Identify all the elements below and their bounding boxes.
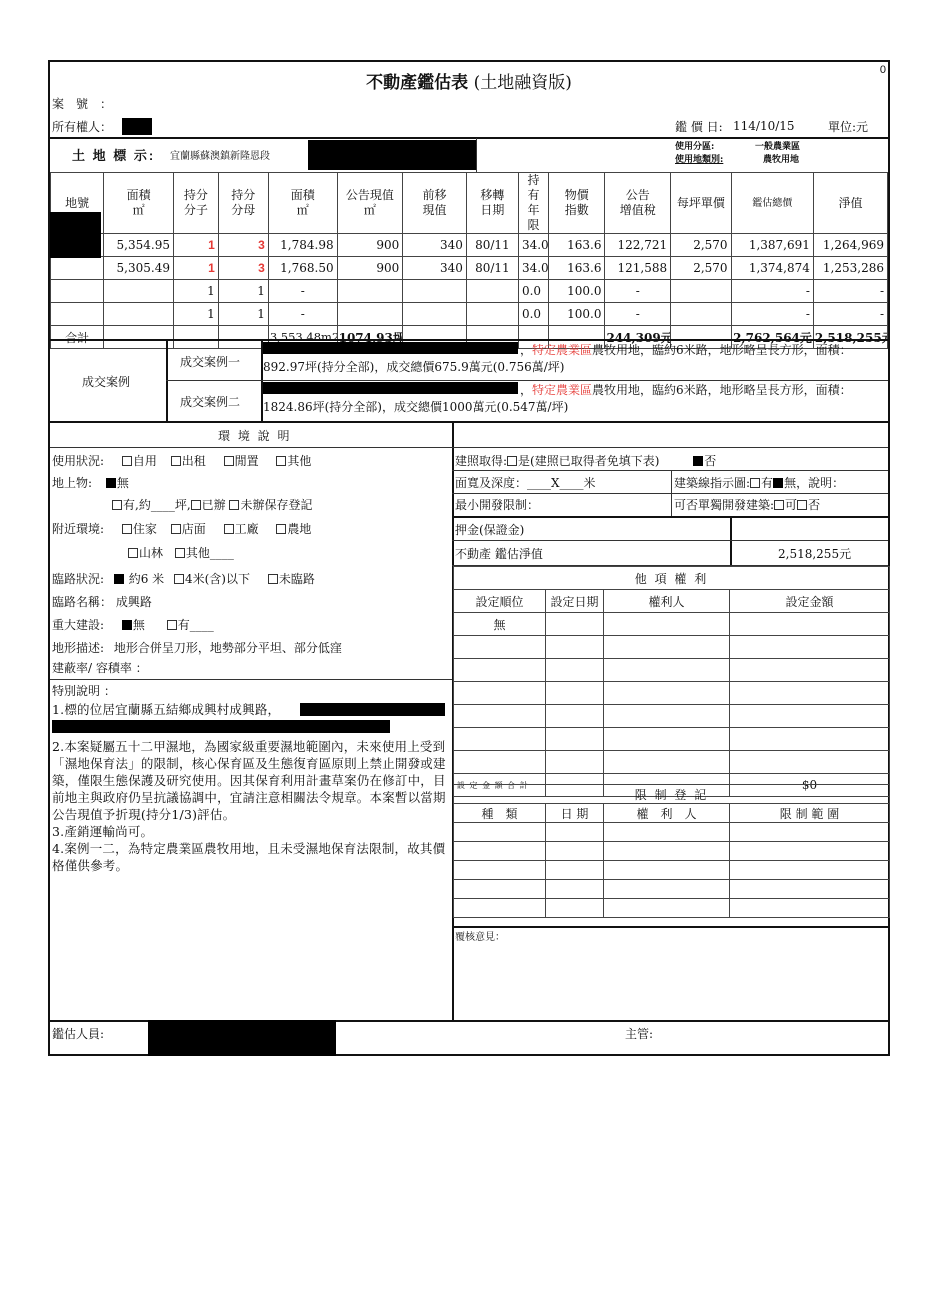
table-row: [454, 880, 890, 899]
table-header-row: 種 類日 期權 利 人限 制 範 圍: [454, 804, 890, 823]
independent-row: 可否單獨開發建築:可否: [674, 498, 820, 512]
table-cell: [454, 842, 546, 861]
column-header: 物價指數: [549, 173, 605, 234]
other-rights-title: 他 項 權 利: [454, 567, 890, 590]
table-cell: 1: [218, 303, 268, 326]
table-cell: [454, 880, 546, 899]
table-row: 5,354.95131,784.9890034080/1134.0163.612…: [51, 234, 888, 257]
table-cell: 900: [337, 234, 403, 257]
table-cell: [730, 682, 890, 705]
table-cell: 3: [218, 234, 268, 257]
deposit-label: 押金(保證金): [455, 523, 524, 537]
comparable-1-label: 成交案例一: [180, 355, 240, 369]
other-rights-table: 他 項 權 利設定順位設定日期權利人設定金額無設 定 金 額 合 計$0: [453, 566, 890, 797]
supervisor-label: 主管:: [625, 1027, 653, 1041]
table-cell: 1: [173, 234, 218, 257]
setback-row: 建築線指示圖:有無，說明：: [674, 476, 844, 490]
table-cell: [104, 326, 174, 349]
column-header: 種 類: [454, 804, 546, 823]
road-name-row: 臨路名稱： 成興路: [52, 595, 152, 609]
comparable-1-line1: ，特定農業區農牧用地，臨約6米路，地形略呈長方形，面積：: [520, 343, 852, 357]
table-cell: 1,768.50: [268, 257, 337, 280]
table-cell: [730, 751, 890, 774]
table-cell: [454, 823, 546, 842]
redacted-comparable-2: [263, 382, 518, 394]
column-header: 持分分子: [173, 173, 218, 234]
page-title: 不動產鑑估表 (土地融資版): [50, 68, 888, 93]
table-cell: 3: [218, 257, 268, 280]
table-cell: 2,570: [671, 234, 731, 257]
permit-row: 建照取得:是(建照已取得者免填下表) 否: [455, 454, 716, 468]
special-note-3: 3.產銷運輸尚可。: [52, 823, 450, 840]
table-cell: 1: [173, 280, 218, 303]
surroundings-farmland-checkbox[interactable]: [276, 524, 286, 534]
table-cell: [546, 728, 604, 751]
surroundings-factory-checkbox[interactable]: [224, 524, 234, 534]
table-cell: [730, 705, 890, 728]
zoning-label: 使用分區:: [675, 141, 714, 153]
table-cell: [466, 303, 518, 326]
column-header: 日 期: [546, 804, 604, 823]
table-row: [454, 823, 890, 842]
table-cell: [604, 751, 730, 774]
table-cell: 34.0: [518, 234, 548, 257]
table-cell: 163.6: [549, 257, 605, 280]
column-header: 設定順位: [454, 590, 546, 613]
min-dev-label: 最小開發限制：: [455, 498, 539, 512]
structure-none-checkbox[interactable]: [106, 478, 116, 488]
column-header: 限 制 範 圍: [730, 804, 890, 823]
table-cell: [604, 682, 730, 705]
comparable-2-line1: ，特定農業區農牧用地，臨約6米路，地形略呈長方形，面積：: [520, 383, 852, 397]
table-cell: [466, 280, 518, 303]
table-cell: [546, 751, 604, 774]
comparables-label: 成交案例: [82, 375, 130, 389]
table-cell: -: [605, 280, 671, 303]
table-cell: [403, 280, 467, 303]
table-cell: 163.6: [549, 234, 605, 257]
column-header: 面積㎡: [104, 173, 174, 234]
permit-yes-checkbox[interactable]: [507, 456, 517, 466]
table-cell: 100.0: [549, 280, 605, 303]
table-cell: [604, 899, 730, 918]
table-cell: 34.0: [518, 257, 548, 280]
net-value-label: 不動產 鑑估淨值: [455, 547, 543, 561]
table-cell: [730, 842, 890, 861]
road-row: 臨路狀況: 約6 米 4米(含)以下 未臨路: [52, 572, 315, 586]
redacted-comparable-1: [263, 342, 518, 354]
construction-row: 重大建設: 無 有____: [52, 618, 214, 632]
construction-has-checkbox[interactable]: [167, 620, 177, 630]
coverage-label: 建蔽率/ 容積率 ：: [52, 661, 148, 675]
case-no-label: 案 號 ：: [52, 97, 112, 111]
structure-has-checkbox[interactable]: [112, 500, 122, 510]
appraisal-form: 0 不動產鑑估表 (土地融資版) 案 號 ： 所有權人： 鑑 價 日: 114/…: [48, 60, 890, 1056]
table-cell: 900: [337, 257, 403, 280]
table-cell: [454, 705, 546, 728]
table-cell: -: [731, 303, 813, 326]
structure-has-row: 有,約____坪,已辦 未辦保存登記: [112, 498, 313, 512]
column-header: 淨值: [813, 173, 887, 234]
usage-row: 使用狀況: 自用 出租 閒置 其他: [52, 454, 311, 468]
table-row: [454, 842, 890, 861]
column-header: 權利人: [604, 590, 730, 613]
appraisal-date-label: 鑑 價 日:: [675, 120, 723, 134]
table-row: 5,305.49131,768.5090034080/1134.0163.612…: [51, 257, 888, 280]
table-cell: -: [268, 280, 337, 303]
table-cell: [546, 682, 604, 705]
table-cell: [173, 326, 218, 349]
table-cell: 121,588: [605, 257, 671, 280]
special-note-4: 4.案例一二，為特定農業區農牧用地，且未受濕地保育法限制，故其價格僅供參考。: [52, 840, 450, 874]
frontage-label: 面寬及深度：____X____米: [455, 476, 596, 490]
table-cell: [546, 613, 604, 636]
table-cell: 5,305.49: [104, 257, 174, 280]
table-cell: [604, 705, 730, 728]
surroundings-shop-checkbox[interactable]: [171, 524, 181, 534]
table-cell: [454, 636, 546, 659]
table-cell: [730, 823, 890, 842]
usage-vacant-checkbox[interactable]: [224, 456, 234, 466]
column-header: 持分分母: [218, 173, 268, 234]
table-row: 11-0.0100.0---: [51, 280, 888, 303]
table-cell: [454, 751, 546, 774]
table-header-row: 地號面積㎡持分分子持分分母面積㎡公告現值㎡前移現值移轉日期持有年限物價指數公告增…: [51, 173, 888, 234]
table-cell: [546, 899, 604, 918]
table-cell: [454, 861, 546, 880]
land-category-value: 農牧用地: [763, 154, 799, 166]
restrictions-title: 限 制 登 記: [454, 785, 890, 804]
table-cell: [730, 861, 890, 880]
table-cell: -: [813, 280, 887, 303]
column-header: 每坪單價: [671, 173, 731, 234]
redacted-lot-numbers: [50, 212, 101, 258]
redacted-note-1a: [300, 703, 445, 716]
table-cell: [546, 861, 604, 880]
table-cell: [104, 280, 174, 303]
surroundings-other-checkbox[interactable]: [175, 548, 185, 558]
land-table: 地號面積㎡持分分子持分分母面積㎡公告現值㎡前移現值移轉日期持有年限物價指數公告增…: [50, 172, 888, 349]
table-cell: [454, 728, 546, 751]
construction-none-checkbox[interactable]: [122, 620, 132, 630]
section-title-row: 他 項 權 利: [454, 567, 890, 590]
table-cell: 1: [218, 280, 268, 303]
appraisal-date: 114/10/15: [733, 119, 795, 133]
table-cell: [51, 280, 104, 303]
road-none-checkbox[interactable]: [268, 574, 278, 584]
land-location: 宜蘭縣蘇澳鎮新隆恩段: [170, 150, 270, 164]
table-cell: [604, 659, 730, 682]
table-row: [454, 682, 890, 705]
surroundings-row: 附近環境: 住家 店面 工廠 農地: [52, 522, 311, 536]
table-cell: [604, 880, 730, 899]
table-cell: [546, 842, 604, 861]
section-title-row: 限 制 登 記: [454, 785, 890, 804]
table-cell: [454, 659, 546, 682]
comparable-1-line2: 892.97坪(持分全部)，成交總價675.9萬元(0.756萬/坪): [263, 360, 564, 374]
table-cell: [454, 899, 546, 918]
table-cell: 340: [403, 234, 467, 257]
column-header: 設定日期: [546, 590, 604, 613]
table-cell: -: [268, 303, 337, 326]
column-header: 權 利 人: [604, 804, 730, 823]
column-header: 前移現值: [403, 173, 467, 234]
table-cell: [730, 899, 890, 918]
comparable-2-label: 成交案例二: [180, 395, 240, 409]
table-cell: [730, 636, 890, 659]
terrain-row: 地形描述: 地形合併呈刀形，地勢部分平坦、部分低窪: [52, 641, 342, 655]
table-row: [454, 659, 890, 682]
redacted-land-section: [308, 140, 476, 170]
table-cell: [730, 728, 890, 751]
table-row: [454, 899, 890, 918]
table-cell: [104, 303, 174, 326]
permit-no-checkbox[interactable]: [693, 456, 703, 466]
redacted-note-1b: [52, 720, 390, 733]
usage-other-checkbox[interactable]: [276, 456, 286, 466]
structure-row: 地上物: 無: [52, 476, 129, 490]
table-cell: [546, 705, 604, 728]
table-row: 無: [454, 613, 890, 636]
road-6m-checkbox[interactable]: [114, 574, 124, 584]
column-header: 鑑估總價: [731, 173, 813, 234]
owner-label: 所有權人：: [52, 120, 112, 134]
unit-label: 單位:元: [828, 120, 868, 134]
column-header: 面積㎡: [268, 173, 337, 234]
table-row: [454, 861, 890, 880]
table-cell: [604, 636, 730, 659]
table-cell: [730, 613, 890, 636]
table-cell: 1: [173, 257, 218, 280]
appraiser-label: 鑑估人員:: [52, 1027, 104, 1041]
table-cell: 5,354.95: [104, 234, 174, 257]
column-header: 持有年限: [518, 173, 548, 234]
table-cell: 2,570: [671, 257, 731, 280]
independent-yes-checkbox[interactable]: [774, 500, 784, 510]
table-cell: [604, 861, 730, 880]
table-row: [454, 705, 890, 728]
table-cell: 無: [454, 613, 546, 636]
table-cell: [671, 280, 731, 303]
column-header: 公告增值稅: [605, 173, 671, 234]
table-cell: 1: [173, 303, 218, 326]
surroundings-forest-checkbox[interactable]: [128, 548, 138, 558]
table-row: [454, 728, 890, 751]
table-cell: 80/11: [466, 234, 518, 257]
table-cell: [604, 823, 730, 842]
independent-no-checkbox[interactable]: [797, 500, 807, 510]
redacted-owner: [122, 118, 152, 135]
usage-rent-checkbox[interactable]: [171, 456, 181, 466]
table-cell: 1,374,874: [731, 257, 813, 280]
land-category-label: 使用地類別:: [675, 154, 723, 166]
setback-none-checkbox[interactable]: [773, 478, 783, 488]
table-cell: 80/11: [466, 257, 518, 280]
comparable-2-line2: 1824.86坪(持分全部)，成交總價1000萬元(0.547萬/坪): [263, 400, 568, 414]
surroundings-residential-checkbox[interactable]: [122, 524, 132, 534]
table-cell: 0.0: [518, 303, 548, 326]
table-cell: 1,253,286: [813, 257, 887, 280]
table-cell: 0.0: [518, 280, 548, 303]
table-cell: 340: [403, 257, 467, 280]
net-value: 2,518,255元: [778, 547, 851, 561]
table-cell: [546, 880, 604, 899]
table-cell: [604, 842, 730, 861]
table-cell: -: [731, 280, 813, 303]
table-cell: 1,264,969: [813, 234, 887, 257]
table-cell: [337, 280, 403, 303]
column-header: 設定金額: [730, 590, 890, 613]
table-cell: -: [813, 303, 887, 326]
table-cell: 100.0: [549, 303, 605, 326]
zoning-value: 一般農業區: [755, 141, 800, 153]
table-cell: [730, 880, 890, 899]
surroundings-row-2: 山林 其他____: [128, 546, 234, 560]
column-header: 移轉日期: [466, 173, 518, 234]
table-cell: [337, 303, 403, 326]
column-header: 公告現值㎡: [337, 173, 403, 234]
table-cell: [730, 659, 890, 682]
special-notes-title: 特別說明 ：: [52, 684, 116, 698]
table-cell: 1,387,691: [731, 234, 813, 257]
table-cell: [604, 613, 730, 636]
table-cell: [454, 682, 546, 705]
table-cell: [51, 303, 104, 326]
table-cell: 合計: [51, 326, 104, 349]
table-cell: [604, 728, 730, 751]
structure-registered-checkbox[interactable]: [191, 500, 201, 510]
table-cell: 1,784.98: [268, 234, 337, 257]
table-row: [454, 751, 890, 774]
table-cell: [546, 823, 604, 842]
setback-has-checkbox[interactable]: [750, 478, 760, 488]
usage-self-checkbox[interactable]: [122, 456, 132, 466]
restrictions-table: 限 制 登 記種 類日 期權 利 人限 制 範 圍: [453, 784, 890, 918]
table-cell: [671, 303, 731, 326]
table-cell: [403, 303, 467, 326]
land-label: 土 地 標 示:: [72, 149, 155, 163]
road-4m-checkbox[interactable]: [174, 574, 184, 584]
table-cell: [546, 659, 604, 682]
table-cell: 122,721: [605, 234, 671, 257]
table-cell: [51, 257, 104, 280]
structure-unregistered-checkbox[interactable]: [229, 500, 239, 510]
review-label: 覆核意見：: [455, 931, 505, 945]
table-cell: [546, 636, 604, 659]
redacted-appraiser: [148, 1020, 336, 1056]
special-note-2: 2.本案疑屬五十二甲濕地，為國家級重要濕地範圍內，未來使用上受到「濕地保育法」的…: [52, 738, 450, 823]
table-header-row: 設定順位設定日期權利人設定金額: [454, 590, 890, 613]
table-row: 11-0.0100.0---: [51, 303, 888, 326]
environment-title: 環 境 說 明: [218, 429, 291, 443]
table-row: [454, 636, 890, 659]
table-cell: -: [605, 303, 671, 326]
